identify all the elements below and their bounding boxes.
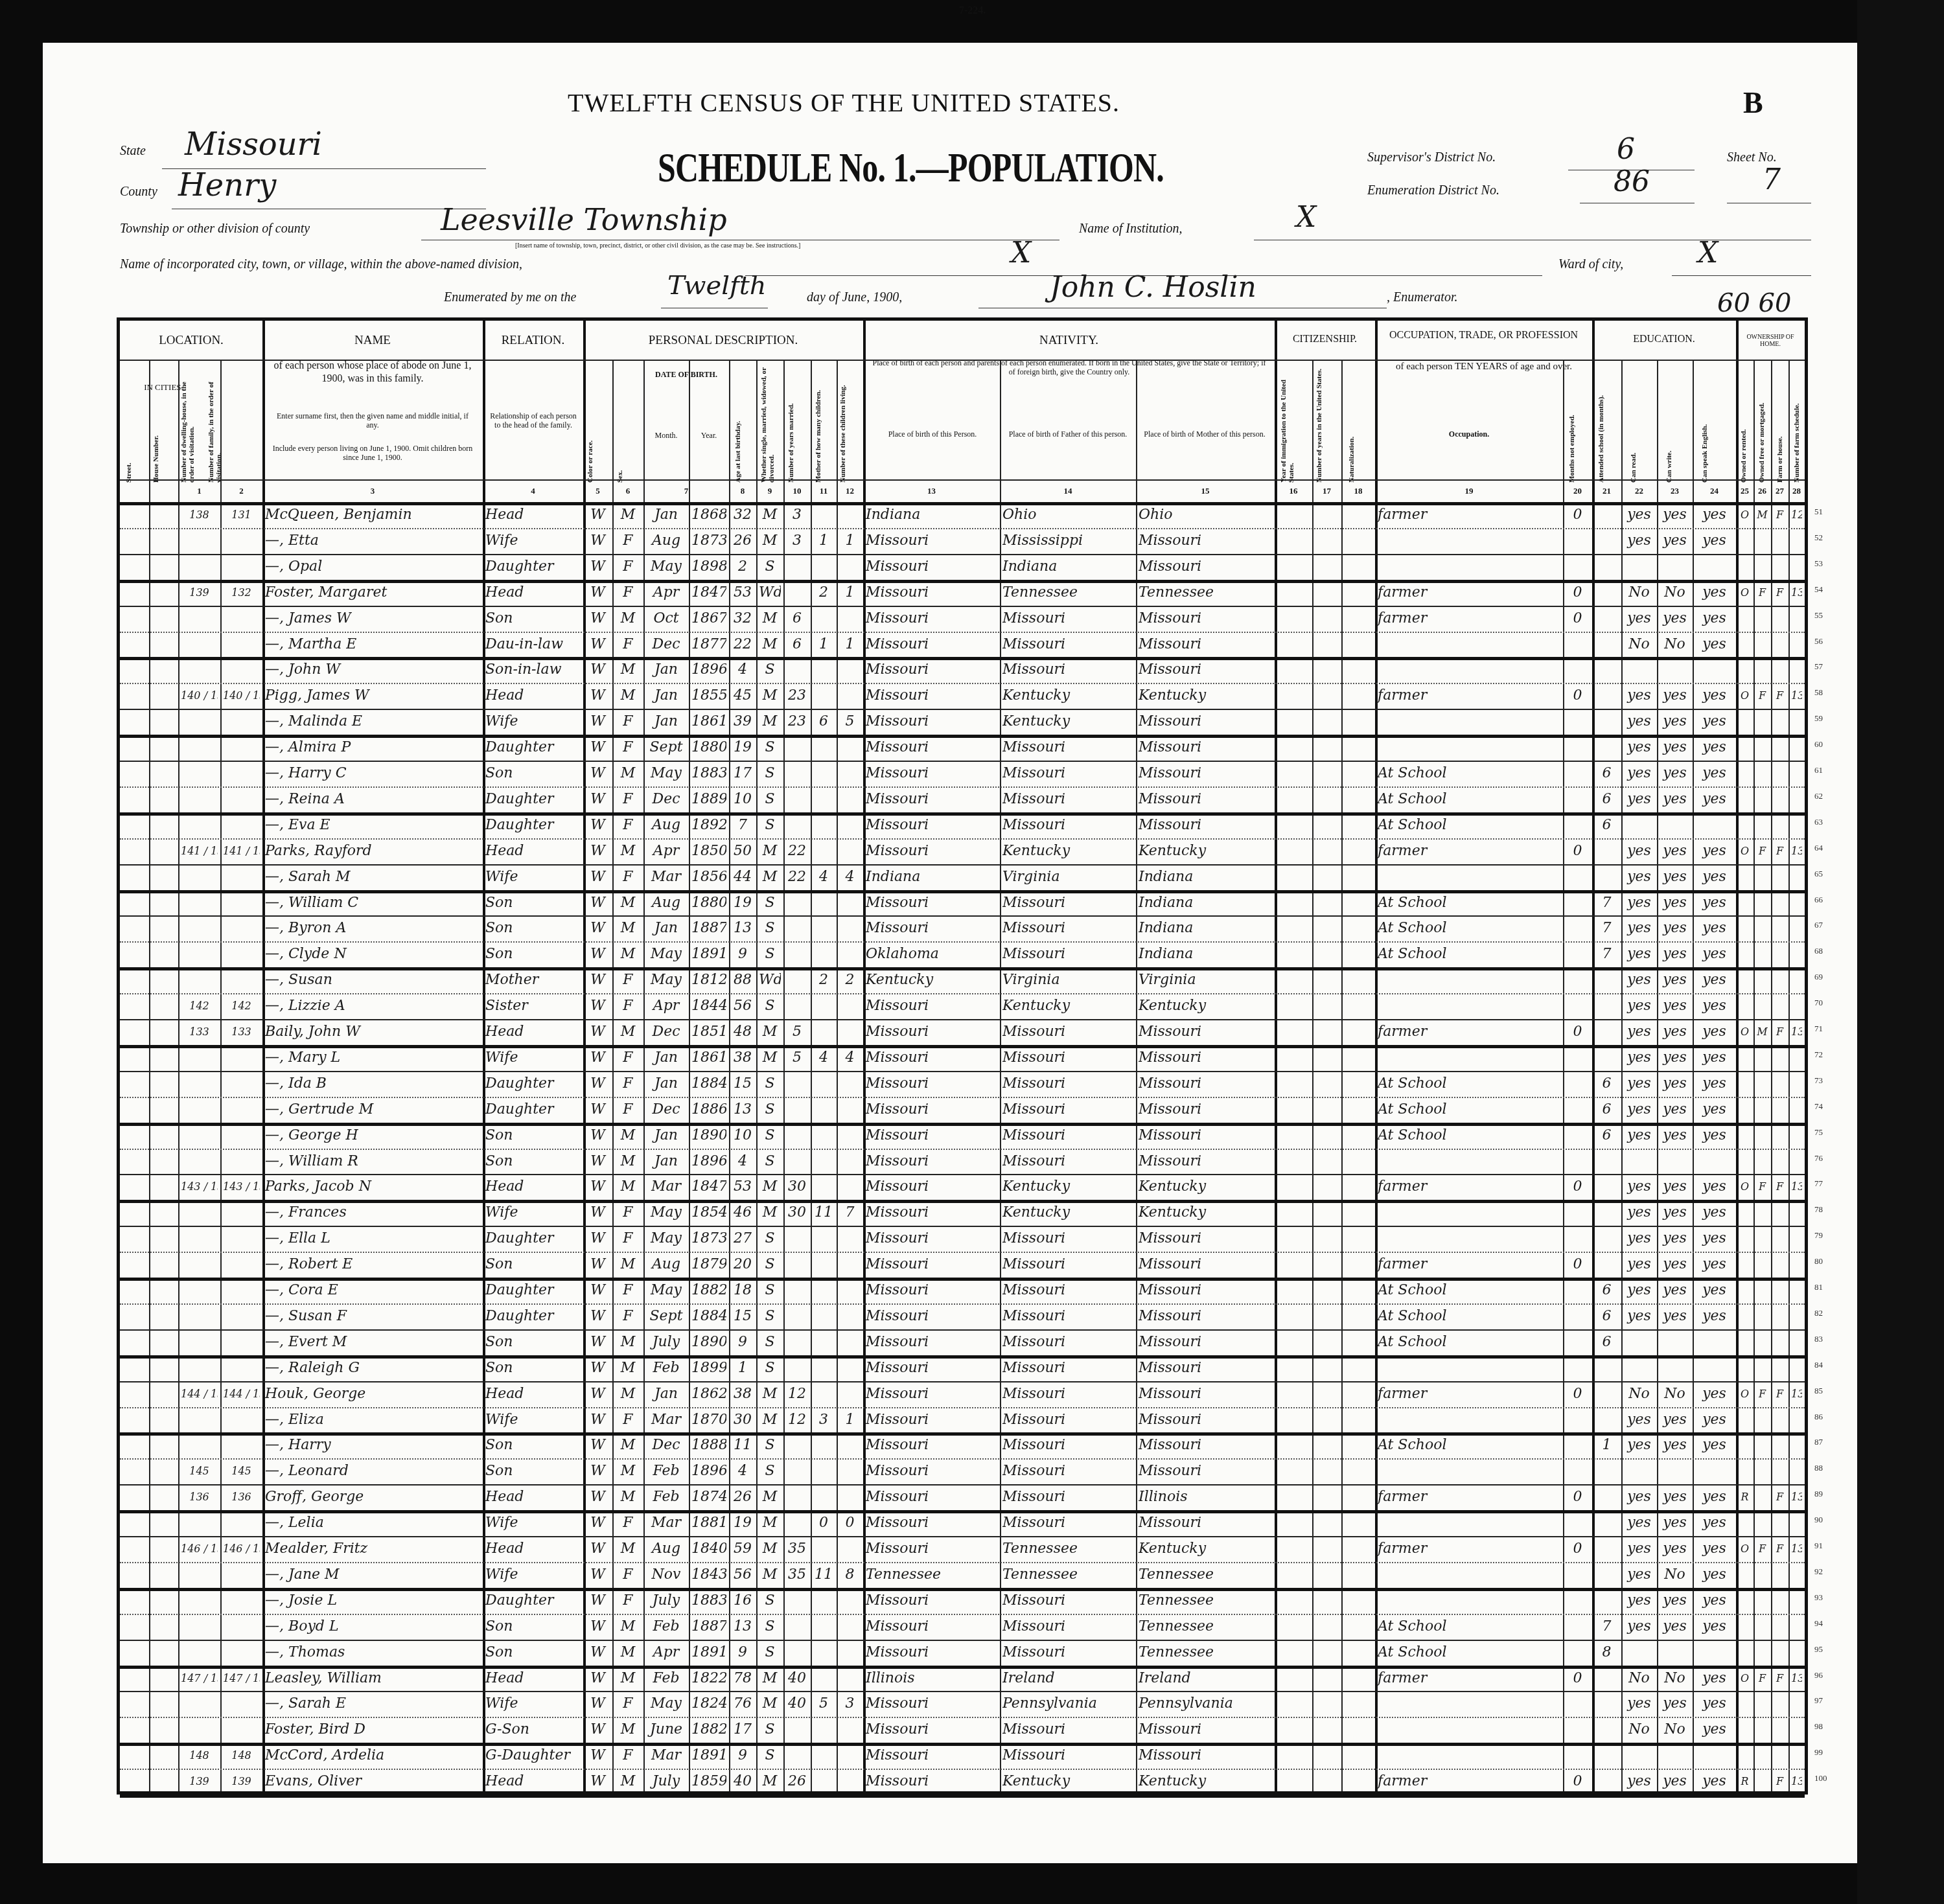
cell-farm: [1774, 943, 1786, 966]
cell-mother: Missouri: [1139, 1331, 1272, 1354]
cell-age: 39: [732, 710, 754, 733]
cell-sex: F: [615, 529, 641, 553]
line-number: 75: [1814, 1127, 1823, 1138]
cell-yrs-married: [786, 814, 808, 837]
cell-name: —, Frances: [265, 1201, 480, 1224]
cell-month: Jan: [646, 1150, 686, 1173]
table-row: —, George HSonWMJan189010SMissouriMissou…: [120, 1123, 1805, 1149]
cell-mother: Missouri: [1139, 1020, 1272, 1044]
column-number: 21: [1592, 486, 1621, 496]
cell-sex: M: [615, 917, 641, 940]
cell-age: 18: [732, 1279, 754, 1302]
header-years-married: Number of years married.: [787, 366, 795, 483]
column-number: 10: [783, 486, 811, 496]
cell-birth: Missouri: [866, 917, 997, 940]
cell-read: yes: [1624, 1537, 1654, 1561]
cell-yrs-married: [786, 1150, 808, 1173]
cell-occupation: At School: [1378, 814, 1560, 837]
cell-month: Apr: [646, 994, 686, 1018]
cell-mother: Illinois: [1139, 1485, 1272, 1509]
cell-color: W: [586, 1124, 610, 1147]
cell-farm: [1774, 1563, 1786, 1587]
line-number: 53: [1814, 558, 1823, 569]
cell-read: No: [1624, 1382, 1654, 1406]
cell-month: Dec: [646, 1020, 686, 1044]
cell-yrs-married: 23: [786, 710, 808, 733]
cell-living: [839, 1744, 861, 1767]
cell-yrs-married: [786, 1098, 808, 1121]
cell-name: —, George H: [265, 1124, 480, 1147]
cell-age: 19: [732, 891, 754, 915]
cell-relation: Son: [485, 1434, 581, 1457]
cell-family: [223, 529, 260, 553]
cell-farm: [1774, 1227, 1786, 1250]
cell-birth: Missouri: [866, 1460, 997, 1483]
cell-read: [1624, 658, 1654, 682]
table-row: 140 / 133140 / 133Pigg, James WHeadWMJan…: [120, 683, 1805, 709]
cell-living: [839, 684, 861, 707]
cell-living: [839, 555, 861, 579]
cell-school: [1595, 633, 1619, 656]
cell-owned: [1739, 1098, 1751, 1121]
cell-school: [1595, 555, 1619, 579]
cell-english: [1695, 555, 1733, 579]
cell-farm-no: [1791, 943, 1802, 966]
cell-marital: M: [759, 1537, 781, 1561]
cell-write: yes: [1660, 943, 1690, 966]
cell-farm: [1774, 891, 1786, 915]
line-number: 55: [1814, 610, 1823, 621]
cell-school: 6: [1595, 788, 1619, 811]
cell-relation: Head: [485, 684, 581, 707]
cell-mother: Missouri: [1139, 1434, 1272, 1457]
cell-write: yes: [1660, 1279, 1690, 1302]
cell-read: yes: [1624, 917, 1654, 940]
column-number: 16: [1275, 486, 1312, 496]
cell-father: Missouri: [1002, 1434, 1133, 1457]
header-age: Age at last birthday.: [734, 366, 742, 483]
cell-year: 1891: [691, 1641, 726, 1664]
cell-month: Feb: [646, 1667, 686, 1690]
cell-english: yes: [1695, 1511, 1733, 1535]
line-number: 71: [1814, 1024, 1823, 1034]
table-row: 133133Baily, John WHeadWMDec185148M5Miss…: [120, 1019, 1805, 1045]
cell-school: [1595, 607, 1619, 630]
cell-dwelling: [181, 607, 218, 630]
cell-occupation: At School: [1378, 891, 1560, 915]
cell-mortgage: [1756, 866, 1768, 889]
table-row: —, Boyd LSonWMFeb188713SMissouriMissouri…: [120, 1614, 1805, 1640]
cell-farm: [1774, 1434, 1786, 1457]
cell-sex: M: [615, 1434, 641, 1457]
cell-read: yes: [1624, 1434, 1654, 1457]
cell-read: yes: [1624, 1615, 1654, 1638]
cell-name: —, Byron A: [265, 917, 480, 940]
header-occupation: Occupation.: [1375, 430, 1563, 439]
cell-sex: F: [615, 1744, 641, 1767]
cell-mother: Missouri: [1139, 814, 1272, 837]
cell-color: W: [586, 891, 610, 915]
cell-family: 133: [223, 1020, 260, 1044]
cell-mother: Missouri: [1139, 1744, 1272, 1767]
cell-name: Baily, John W: [265, 1020, 480, 1044]
cell-sex: M: [615, 1770, 641, 1793]
cell-mother-of: [813, 1124, 834, 1147]
cell-name: —, Harry C: [265, 762, 480, 785]
cell-occupation: [1378, 1357, 1560, 1380]
cell-owned: [1739, 736, 1751, 759]
cell-english: [1695, 1357, 1733, 1380]
cell-father: Missouri: [1002, 1641, 1133, 1664]
cell-relation: Head: [485, 1175, 581, 1199]
cell-farm-no: [1791, 555, 1802, 579]
cell-relation: Head: [485, 1537, 581, 1561]
cell-name: Foster, Bird D: [265, 1718, 480, 1741]
cell-birth: Missouri: [866, 1305, 997, 1328]
header-nativity: NATIVITY.: [863, 334, 1275, 348]
cell-living: [839, 1150, 861, 1173]
cell-read: yes: [1624, 710, 1654, 733]
cell-write: yes: [1660, 503, 1690, 527]
table-row: —, Susan FDaughterWFSept188415SMissouriM…: [120, 1303, 1805, 1329]
table-row: —, Harry CSonWMMay188317SMissouriMissour…: [120, 761, 1805, 786]
cell-relation: Wife: [485, 1408, 581, 1432]
cell-farm: F: [1774, 840, 1786, 863]
cell-birth: Missouri: [866, 658, 997, 682]
table-row: —, William RSonWMJan18964SMissouriMissou…: [120, 1149, 1805, 1175]
cell-unemployed: [1566, 1744, 1590, 1767]
cell-birth: Missouri: [866, 814, 997, 837]
cell-mother-of: [813, 503, 834, 527]
cell-yrs-married: [786, 736, 808, 759]
cell-mother-of: [813, 658, 834, 682]
cell-relation: Son: [485, 1253, 581, 1276]
column-number: 22: [1621, 486, 1657, 496]
cell-month: Jan: [646, 658, 686, 682]
cell-color: W: [586, 1253, 610, 1276]
cell-family: [223, 788, 260, 811]
cell-occupation: [1378, 1046, 1560, 1070]
column-number: 19: [1375, 486, 1563, 496]
cell-age: 78: [732, 1667, 754, 1690]
cell-father: Missouri: [1002, 1382, 1133, 1406]
cell-living: [839, 607, 861, 630]
cell-living: [839, 1305, 861, 1328]
cell-occupation: [1378, 1589, 1560, 1612]
cell-year: 1812: [691, 969, 726, 992]
cell-age: 59: [732, 1537, 754, 1561]
cell-occupation: [1378, 866, 1560, 889]
cell-family: [223, 1072, 260, 1095]
cell-read: yes: [1624, 788, 1654, 811]
line-number: 90: [1814, 1515, 1823, 1525]
cell-birth: Missouri: [866, 1382, 997, 1406]
cell-name: —, William R: [265, 1150, 480, 1173]
line-number: 96: [1814, 1670, 1823, 1680]
cell-sex: M: [615, 1253, 641, 1276]
cell-read: yes: [1624, 840, 1654, 863]
cell-yrs-married: 12: [786, 1382, 808, 1406]
cell-sex: M: [615, 503, 641, 527]
cell-mother: Missouri: [1139, 1227, 1272, 1250]
cell-farm-no: [1791, 1563, 1802, 1587]
cell-birth: Illinois: [866, 1667, 997, 1690]
cell-dwelling: [181, 1072, 218, 1095]
cell-color: W: [586, 814, 610, 837]
cell-year: 1896: [691, 1460, 726, 1483]
cell-dwelling: [181, 1046, 218, 1070]
cell-year: 1868: [691, 503, 726, 527]
cell-family: [223, 1589, 260, 1612]
cell-dwelling: [181, 1615, 218, 1638]
cell-farm: F: [1774, 1020, 1786, 1044]
cell-occupation: At School: [1378, 1124, 1560, 1147]
cell-read: yes: [1624, 891, 1654, 915]
cell-write: yes: [1660, 1020, 1690, 1044]
cell-read: yes: [1624, 1227, 1654, 1250]
cell-mother: Tennessee: [1139, 1563, 1272, 1587]
table-row: 146 / 137146 / 137Mealder, FritzHeadWMAu…: [120, 1536, 1805, 1562]
cell-mortgage: [1756, 1460, 1768, 1483]
enumeration-district-value: 86: [1614, 165, 1650, 198]
cell-occupation: At School: [1378, 1072, 1560, 1095]
cell-unemployed: 0: [1566, 607, 1590, 630]
cell-english: yes: [1695, 788, 1733, 811]
cell-sex: F: [615, 1098, 641, 1121]
cell-owned: [1739, 917, 1751, 940]
cell-school: 6: [1595, 814, 1619, 837]
cell-farm: [1774, 658, 1786, 682]
cell-english: yes: [1695, 736, 1733, 759]
cell-dwelling: 146 / 137: [181, 1537, 218, 1561]
cell-mortgage: [1756, 633, 1768, 656]
cell-english: yes: [1695, 503, 1733, 527]
cell-farm: [1774, 1589, 1786, 1612]
cell-color: W: [586, 1072, 610, 1095]
cell-sex: M: [615, 1485, 641, 1509]
schedule-title: SCHEDULE No. 1.—POPULATION.: [658, 144, 1164, 192]
cell-family: [223, 1253, 260, 1276]
line-number: 74: [1814, 1101, 1823, 1112]
cell-month: Dec: [646, 1098, 686, 1121]
header-birth-mother: Place of birth of Mother of this person.: [1136, 430, 1273, 439]
column-number: 14: [1000, 486, 1136, 496]
cell-owned: R: [1739, 1770, 1751, 1793]
header-relation: RELATION.: [483, 334, 583, 348]
cell-dwelling: [181, 1357, 218, 1380]
cell-unemployed: [1566, 1692, 1590, 1715]
cell-dwelling: [181, 1098, 218, 1121]
table-row: —, ElizaWifeWFMar187030M1231MissouriMiss…: [120, 1407, 1805, 1433]
cell-age: 56: [732, 1563, 754, 1587]
cell-birth: Missouri: [866, 1098, 997, 1121]
cell-month: May: [646, 762, 686, 785]
cell-birth: Missouri: [866, 762, 997, 785]
cell-english: yes: [1695, 581, 1733, 604]
cell-living: 1: [839, 633, 861, 656]
cell-school: [1595, 581, 1619, 604]
cell-month: Feb: [646, 1485, 686, 1509]
cell-name: Parks, Rayford: [265, 840, 480, 863]
cell-dwelling: [181, 1589, 218, 1612]
cell-year: 1877: [691, 633, 726, 656]
cell-owned: [1739, 1692, 1751, 1715]
cell-name: —, Evert M: [265, 1331, 480, 1354]
cell-year: 1873: [691, 529, 726, 553]
cell-relation: Wife: [485, 1046, 581, 1070]
cell-month: Nov: [646, 1563, 686, 1587]
cell-marital: S: [759, 1357, 781, 1380]
cell-farm-no: [1791, 994, 1802, 1018]
cell-english: yes: [1695, 710, 1733, 733]
cell-school: 6: [1595, 762, 1619, 785]
header-can-write: Can write.: [1665, 366, 1673, 483]
cell-write: yes: [1660, 736, 1690, 759]
cell-farm-no: 136: [1791, 1485, 1802, 1509]
cell-color: W: [586, 684, 610, 707]
cell-farm: [1774, 994, 1786, 1018]
table-row: —, Jane MWifeWFNov184356M35118TennesseeT…: [120, 1562, 1805, 1588]
cell-read: yes: [1624, 1279, 1654, 1302]
header-immigration-year: Year of immigration to the United States…: [1280, 366, 1295, 483]
cell-occupation: At School: [1378, 1434, 1560, 1457]
cell-name: Foster, Margaret: [265, 581, 480, 604]
cell-mother-of: [813, 1641, 834, 1664]
cell-living: [839, 1098, 861, 1121]
cell-mother-of: [813, 891, 834, 915]
cell-unemployed: [1566, 1641, 1590, 1664]
cell-family: [223, 1305, 260, 1328]
cell-month: Mar: [646, 1175, 686, 1199]
cell-mother: Tennessee: [1139, 1615, 1272, 1638]
cell-month: Jan: [646, 503, 686, 527]
table-row: —, Byron ASonWMJan188713SMissouriMissour…: [120, 915, 1805, 941]
cell-school: [1595, 503, 1619, 527]
line-number: 69: [1814, 972, 1823, 982]
cell-family: [223, 1408, 260, 1432]
cell-father: Kentucky: [1002, 1770, 1133, 1793]
cell-month: Aug: [646, 1537, 686, 1561]
cell-color: W: [586, 1434, 610, 1457]
cell-year: 1884: [691, 1305, 726, 1328]
table-row: —, OpalDaughterWFMay18982SMissouriIndian…: [120, 554, 1805, 580]
cell-living: 8: [839, 1563, 861, 1587]
cell-farm: [1774, 1615, 1786, 1638]
cell-living: [839, 762, 861, 785]
cell-age: 20: [732, 1253, 754, 1276]
cell-mortgage: [1756, 1331, 1768, 1354]
header-children-living: Number of these children living.: [839, 366, 847, 483]
cell-farm: F: [1774, 503, 1786, 527]
cell-school: [1595, 1150, 1619, 1173]
cell-english: yes: [1695, 1563, 1733, 1587]
cell-yrs-married: [786, 1072, 808, 1095]
cell-farm-no: [1791, 1331, 1802, 1354]
cell-name: —, Thomas: [265, 1641, 480, 1664]
cell-mother: Missouri: [1139, 1150, 1272, 1173]
cell-unemployed: [1566, 1098, 1590, 1121]
cell-write: [1660, 1460, 1690, 1483]
cell-write: yes: [1660, 1253, 1690, 1276]
cell-name: —, Reina A: [265, 788, 480, 811]
cell-color: W: [586, 1305, 610, 1328]
cell-family: [223, 658, 260, 682]
cell-mortgage: [1756, 1357, 1768, 1380]
cell-owned: [1739, 1434, 1751, 1457]
cell-color: W: [586, 788, 610, 811]
cell-family: [223, 1434, 260, 1457]
cell-owned: [1739, 1641, 1751, 1664]
cell-yrs-married: 12: [786, 1408, 808, 1432]
cell-occupation: At School: [1378, 1279, 1560, 1302]
cell-farm-no: [1791, 1124, 1802, 1147]
table-row: 147 / 138147 / 138Leasley, WilliamHeadWM…: [120, 1666, 1805, 1692]
cell-dwelling: [181, 1408, 218, 1432]
cell-relation: Head: [485, 840, 581, 863]
cell-mother-of: 3: [813, 1408, 834, 1432]
cell-age: 9: [732, 943, 754, 966]
cell-mother: Pennsylvania: [1139, 1692, 1272, 1715]
cell-living: 0: [839, 1511, 861, 1535]
cell-marital: Wd: [759, 969, 781, 992]
cell-unemployed: [1566, 943, 1590, 966]
cell-name: —, Harry: [265, 1434, 480, 1457]
column-number: 27: [1771, 486, 1788, 496]
cell-age: 26: [732, 1485, 754, 1509]
cell-english: yes: [1695, 1201, 1733, 1224]
cell-yrs-married: [786, 994, 808, 1018]
cell-mortgage: [1756, 788, 1768, 811]
table-row: —, FrancesWifeWFMay185446M30117MissouriK…: [120, 1200, 1805, 1226]
table-row: —, John WSon-in-lawWMJan18964SMissouriMi…: [120, 657, 1805, 683]
cell-sex: F: [615, 1046, 641, 1070]
cell-mother-of: [813, 1667, 834, 1690]
cell-write: yes: [1660, 684, 1690, 707]
cell-sex: M: [615, 607, 641, 630]
cell-mother: Kentucky: [1139, 994, 1272, 1018]
cell-mortgage: [1756, 1641, 1768, 1664]
cell-birth: Missouri: [866, 1615, 997, 1638]
cell-unemployed: [1566, 1305, 1590, 1328]
cell-farm-no: [1791, 1072, 1802, 1095]
cell-mother-of: [813, 736, 834, 759]
cell-farm-no: 139: [1791, 1770, 1802, 1793]
cell-mother-of: [813, 1615, 834, 1638]
cell-year: 1840: [691, 1537, 726, 1561]
township-value: Leesville Township: [441, 202, 727, 237]
cell-marital: S: [759, 943, 781, 966]
cell-dwelling: [181, 1124, 218, 1147]
cell-marital: M: [759, 1770, 781, 1793]
cell-mother: Missouri: [1139, 1382, 1272, 1406]
cell-relation: Son: [485, 943, 581, 966]
cell-unemployed: [1566, 1150, 1590, 1173]
cell-unemployed: [1566, 1460, 1590, 1483]
cell-father: Virginia: [1002, 866, 1133, 889]
cell-dwelling: [181, 633, 218, 656]
cell-living: [839, 1615, 861, 1638]
cell-yrs-married: 26: [786, 1770, 808, 1793]
cell-family: 136: [223, 1485, 260, 1509]
cell-family: [223, 866, 260, 889]
cell-color: W: [586, 994, 610, 1018]
cell-sex: F: [615, 1692, 641, 1715]
form-number: 7-224.: [959, 5, 986, 17]
cell-english: yes: [1695, 969, 1733, 992]
cell-yrs-married: [786, 1460, 808, 1483]
cell-yrs-married: 6: [786, 607, 808, 630]
cell-mother-of: 0: [813, 1511, 834, 1535]
